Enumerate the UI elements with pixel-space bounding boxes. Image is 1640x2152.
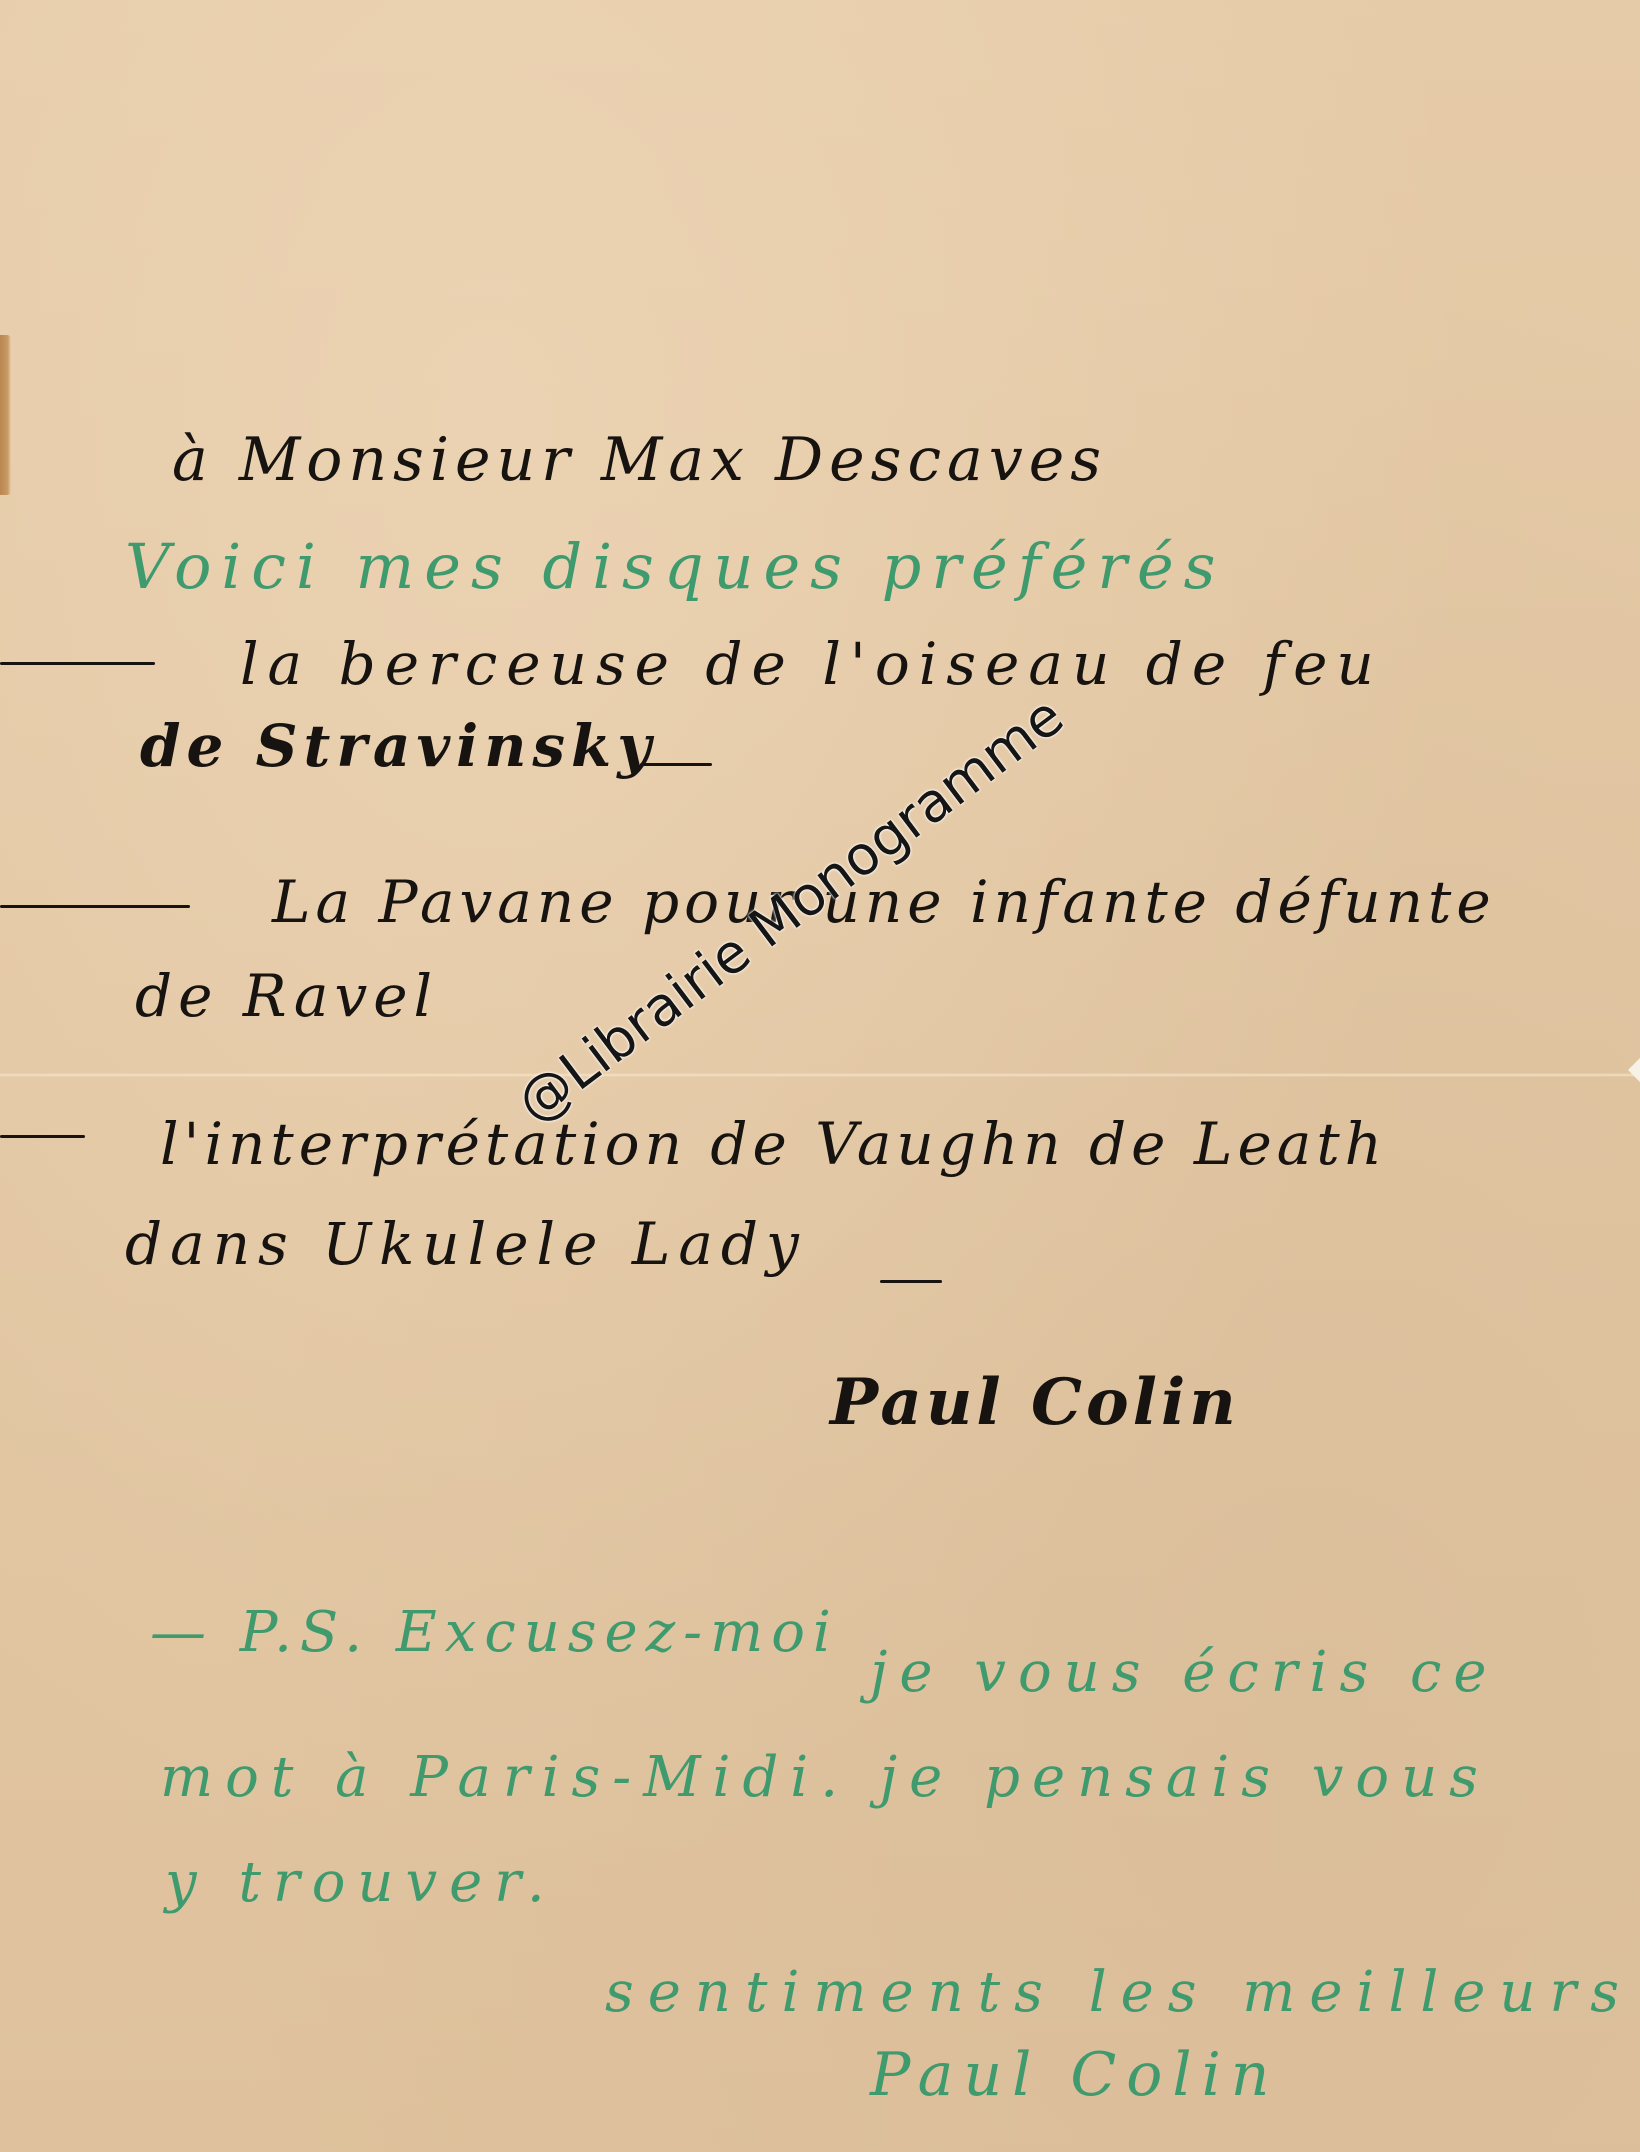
closing-line: sentiments les meilleurs	[605, 1960, 1633, 2025]
edge-stain	[0, 335, 11, 495]
paper-notch	[1628, 1058, 1640, 1082]
item-2-line-2: de Ravel	[135, 962, 438, 1030]
fold-crease	[0, 1073, 1640, 1077]
postscript-line-2: mot à Paris-Midi. je pensais vous	[160, 1745, 1490, 1810]
postscript-line-1a: — P.S. Excusez-moi	[150, 1600, 839, 1665]
salutation: à Monsieur Max Descaves	[172, 425, 1107, 495]
item-1-line-1: la berceuse de l'oiseau de feu	[240, 630, 1383, 698]
item-dash-2	[0, 905, 190, 908]
item-3-line-1: l'interprétation de Vaughn de Leath	[160, 1110, 1387, 1178]
postscript-line-3: y trouver.	[165, 1850, 557, 1915]
item-dash-3	[0, 1135, 85, 1138]
item-3-underline	[880, 1280, 942, 1283]
item-dash-1	[0, 662, 155, 665]
signature: Paul Colin	[830, 1365, 1240, 1440]
intro-line: Voici mes disques préférés	[125, 530, 1225, 603]
closing-signature: Paul Colin	[870, 2040, 1279, 2110]
item-1-line-2: de Stravinsky	[140, 712, 657, 780]
letter-paper: à Monsieur Max Descaves Voici mes disque…	[0, 0, 1640, 2152]
postscript-line-1b: je vous écris ce	[870, 1640, 1499, 1705]
item-1-underline	[640, 763, 712, 766]
item-3-line-2: dans Ukulele Lady	[125, 1210, 807, 1278]
